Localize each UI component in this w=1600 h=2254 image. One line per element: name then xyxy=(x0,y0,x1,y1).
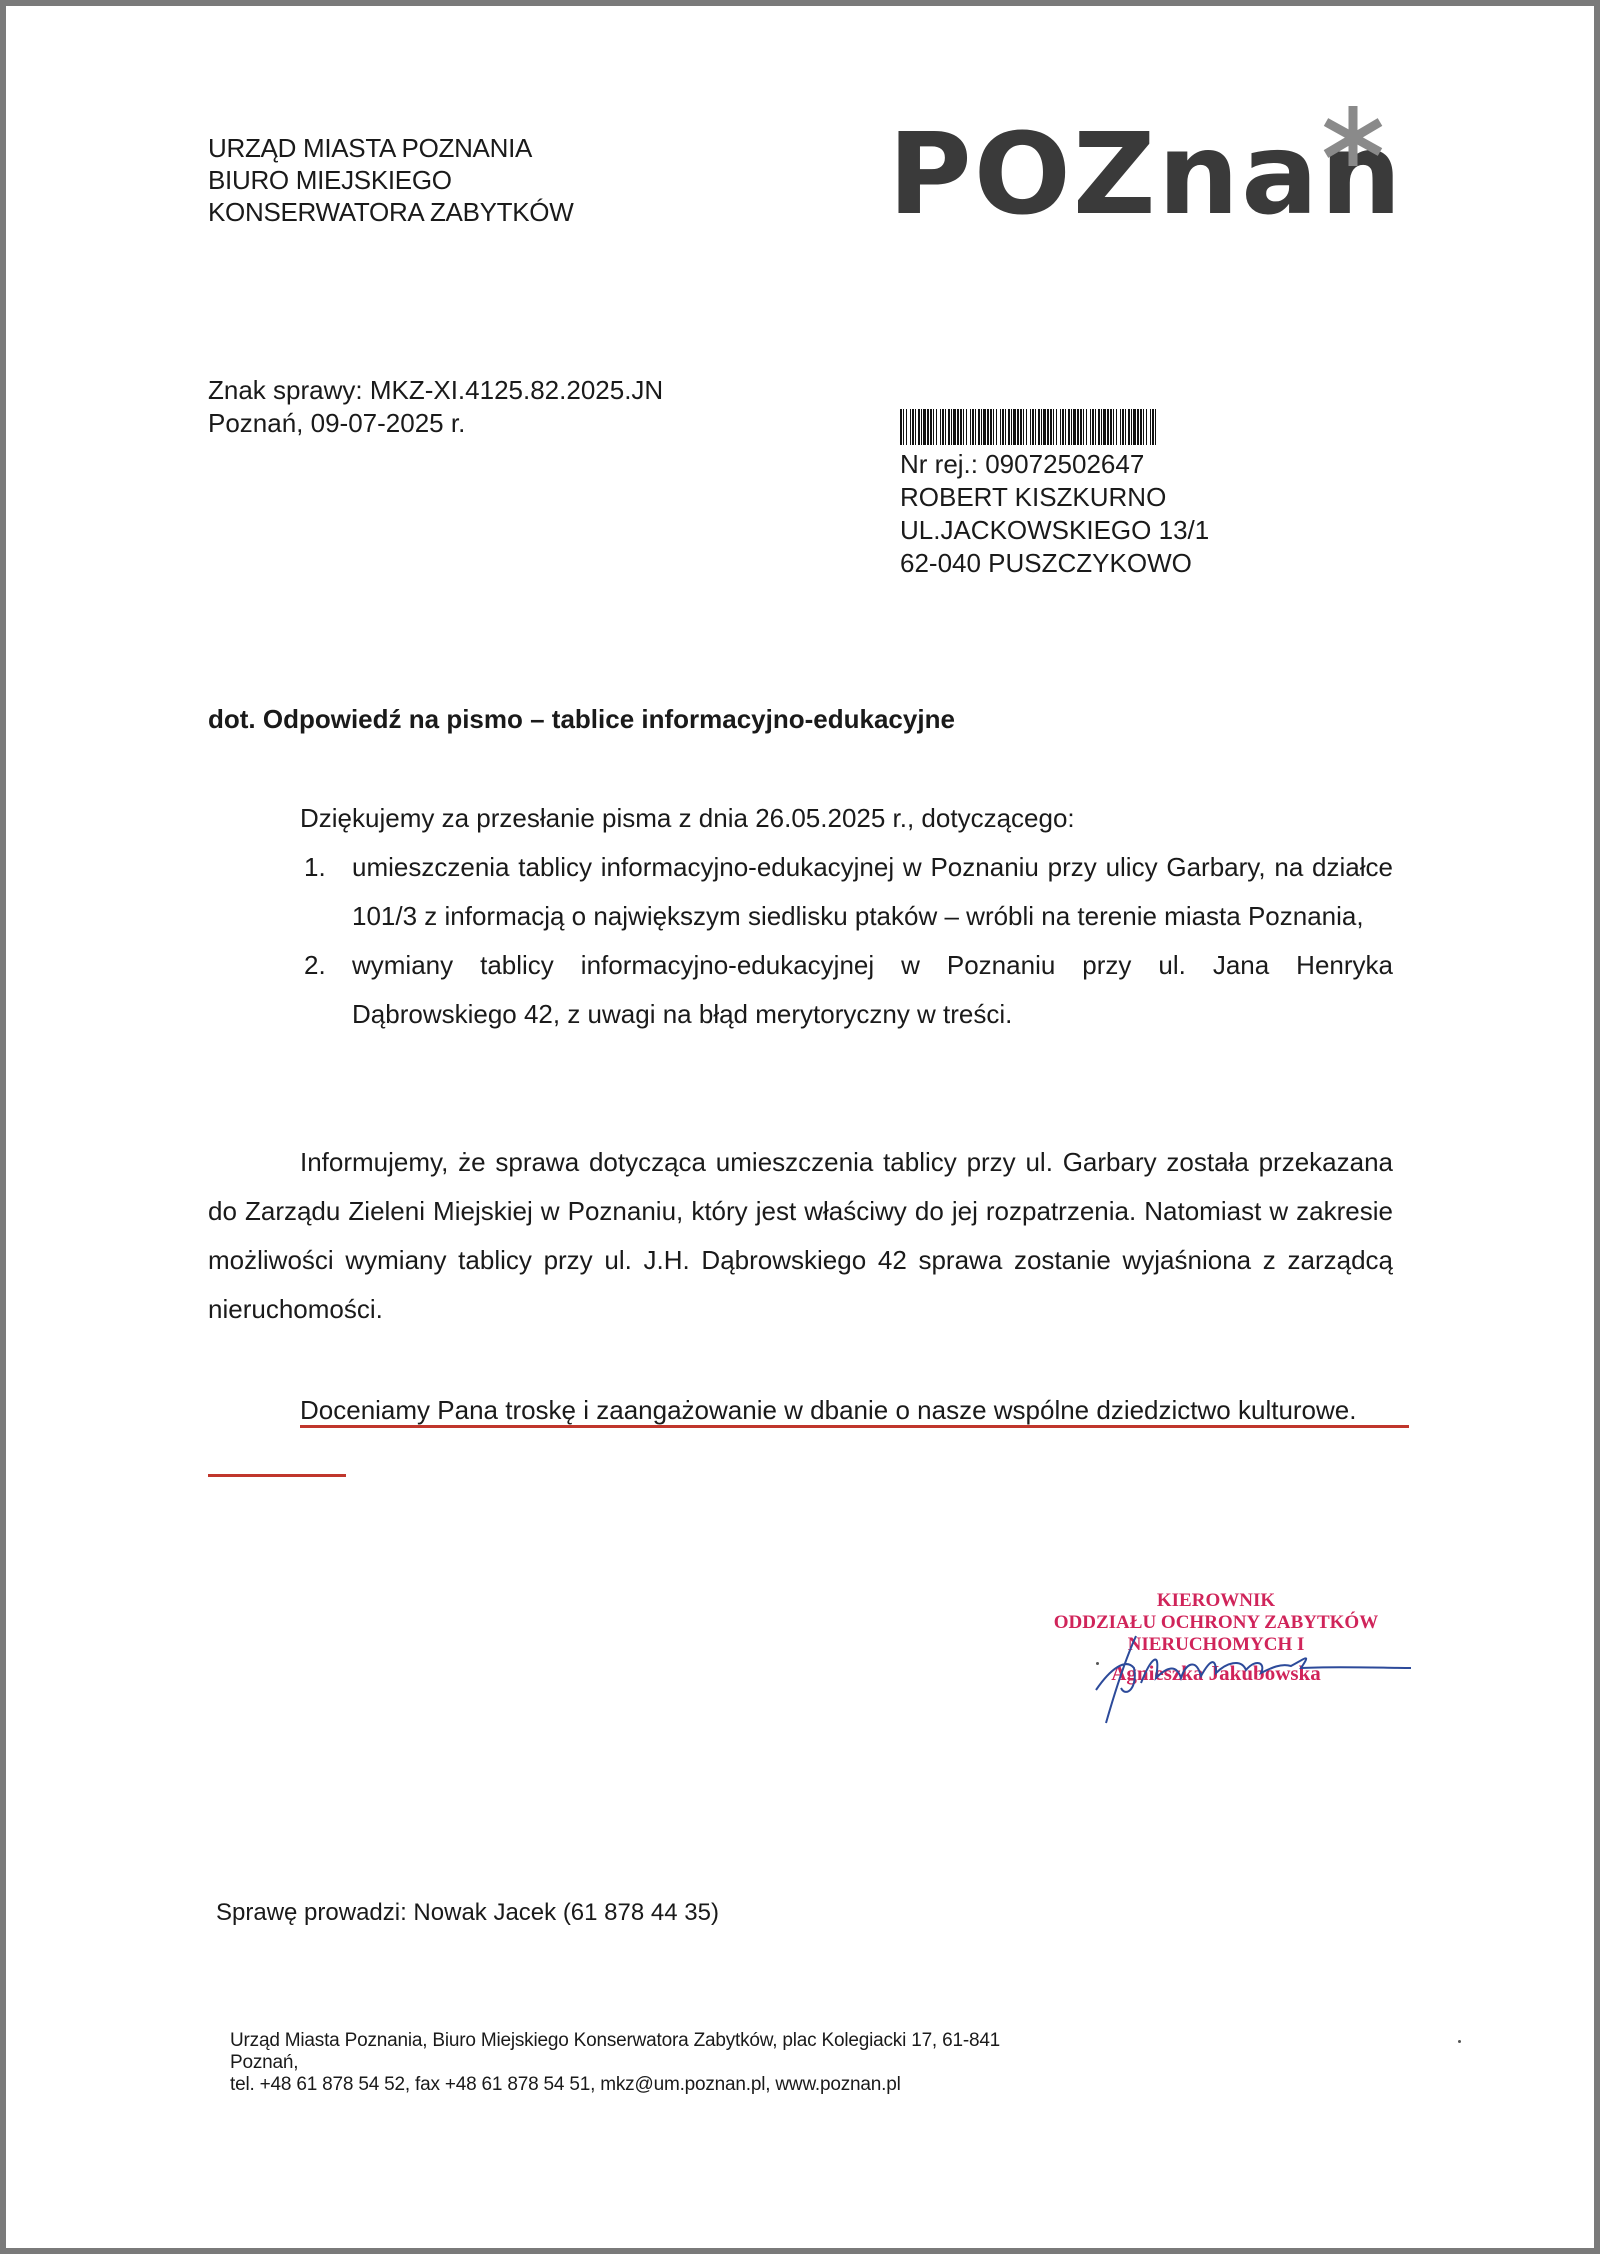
list-text: wymiany tablicy informacyjno-edukacyjnej… xyxy=(352,950,1393,1029)
case-reference: Znak sprawy: MKZ-XI.4125.82.2025.JN xyxy=(208,374,663,407)
list-number: 1. xyxy=(304,843,326,892)
inform-paragraph: Informujemy, że sprawa dotycząca umieszc… xyxy=(208,1138,1393,1334)
recipient-city: 62-040 PUSZCZYKOWO xyxy=(900,547,1209,580)
list-item: 1. umieszczenia tablicy informacyjno-edu… xyxy=(208,843,1393,941)
footer-contact: Urząd Miasta Poznania, Biuro Miejskiego … xyxy=(230,2030,1000,2096)
intro-section: Dziękujemy za przesłanie pisma z dnia 26… xyxy=(208,794,1393,1039)
recipient-street: UL.JACKOWSKIEGO 13/1 xyxy=(900,514,1209,547)
list-item: 2. wymiany tablicy informacyjno-edukacyj… xyxy=(208,941,1393,1039)
red-underline xyxy=(300,1425,1409,1428)
sender-organization: URZĄD MIASTA POZNANIA BIURO MIEJSKIEGO K… xyxy=(208,132,573,228)
list-text: umieszczenia tablicy informacyjno-edukac… xyxy=(352,852,1393,931)
red-underline xyxy=(208,1474,346,1477)
recipient-address: Nr rej.: 09072502647 ROBERT KISZKURNO UL… xyxy=(900,448,1209,580)
poznan-logo: POZnan xyxy=(888,96,1378,246)
intro-text: Dziękujemy za przesłanie pisma z dnia 26… xyxy=(208,794,1393,843)
barcode-icon xyxy=(900,409,1158,445)
recipient-name: ROBERT KISZKURNO xyxy=(900,481,1209,514)
org-line: BIURO MIEJSKIEGO xyxy=(208,164,573,196)
letter-page: URZĄD MIASTA POZNANIA BIURO MIEJSKIEGO K… xyxy=(6,6,1594,2248)
list-number: 2. xyxy=(304,941,326,990)
stamp-line: KIEROWNIK xyxy=(1026,1590,1406,1612)
footer-city: Poznań, xyxy=(230,2052,1000,2074)
handwritten-signature-icon xyxy=(1066,1628,1416,1728)
case-info: Znak sprawy: MKZ-XI.4125.82.2025.JN Pozn… xyxy=(208,374,663,440)
org-line: KONSERWATORA ZABYTKÓW xyxy=(208,196,573,228)
asterisk-star-icon xyxy=(1318,104,1388,174)
scan-speck xyxy=(1096,1662,1099,1665)
registration-number: Nr rej.: 09072502647 xyxy=(900,448,1209,481)
request-list: 1. umieszczenia tablicy informacyjno-edu… xyxy=(208,843,1393,1039)
place-date: Poznań, 09-07-2025 r. xyxy=(208,407,663,440)
letter-subject: dot. Odpowiedź na pismo – tablice inform… xyxy=(208,702,955,736)
footer-address: Urząd Miasta Poznania, Biuro Miejskiego … xyxy=(230,2030,1000,2052)
org-line: URZĄD MIASTA POZNANIA xyxy=(208,132,573,164)
footer-phone-email: tel. +48 61 878 54 52, fax +48 61 878 54… xyxy=(230,2074,1000,2096)
scan-speck xyxy=(1458,2040,1461,2043)
case-handler: Sprawę prowadzi: Nowak Jacek (61 878 44 … xyxy=(216,1898,719,1928)
